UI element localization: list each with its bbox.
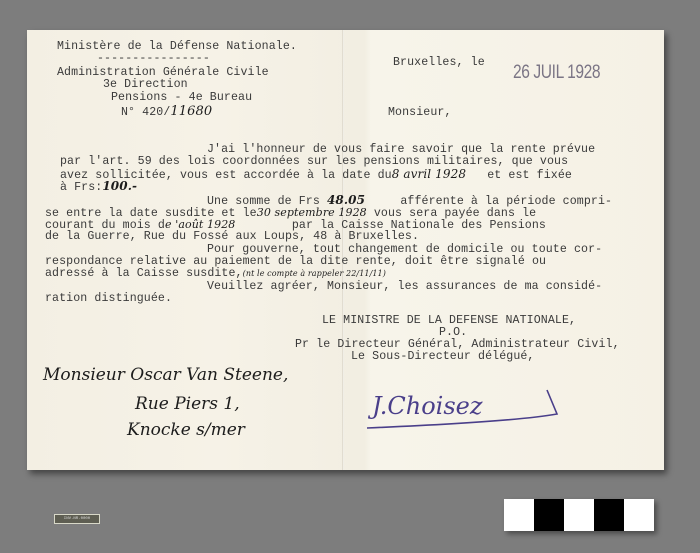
scale-block-black	[534, 499, 564, 531]
handwritten-sum: 48.05	[327, 193, 365, 207]
handwritten-amount: 100.-	[102, 179, 137, 193]
signature-line-4: Le Sous-Directeur délégué,	[351, 350, 535, 363]
dateline-place: Bruxelles, le	[393, 56, 485, 69]
scale-block-white	[564, 499, 594, 531]
body-line-8: de la Guerre, Rue du Fossé aux Loups, 48…	[45, 230, 419, 243]
color-scale-bar	[504, 499, 654, 531]
recipient-city: Knocke s/mer	[127, 420, 245, 440]
scale-block-white	[504, 499, 534, 531]
signature-flourish	[362, 382, 562, 432]
reference-number: N° 420/11680	[121, 104, 212, 119]
date-stamp: 26 JUIL 1928	[513, 62, 600, 84]
heading-rule: ----------------	[97, 52, 210, 65]
letter-document: Ministère de la Défense Nationale. -----…	[27, 30, 664, 470]
recipient-name: Monsieur Oscar Van Steene,	[43, 365, 288, 385]
body-line-13: ration distinguée.	[45, 292, 172, 305]
handwritten-grant-date: 8 avril 1928	[392, 167, 466, 181]
handwritten-note: (nt le compte à rappeler 22/11/11)	[243, 269, 386, 278]
reference-handwritten: 11680	[170, 104, 212, 119]
salutation: Monsieur,	[388, 106, 452, 119]
scale-block-black	[594, 499, 624, 531]
body-line-12: Veuillez agréer, Monsieur, les assurance…	[207, 280, 602, 293]
scale-block-white	[624, 499, 654, 531]
bureau-line: Pensions - 4e Bureau	[111, 91, 252, 104]
recipient-street: Rue Piers 1,	[135, 394, 240, 414]
body-line-11: adressé à la Caisse susdite,(nt le compt…	[45, 267, 386, 280]
direction-line: 3e Direction	[103, 78, 188, 91]
body-line-4: à Frs:100.-	[60, 179, 137, 194]
archive-label: INV.NR.0000	[54, 514, 100, 524]
